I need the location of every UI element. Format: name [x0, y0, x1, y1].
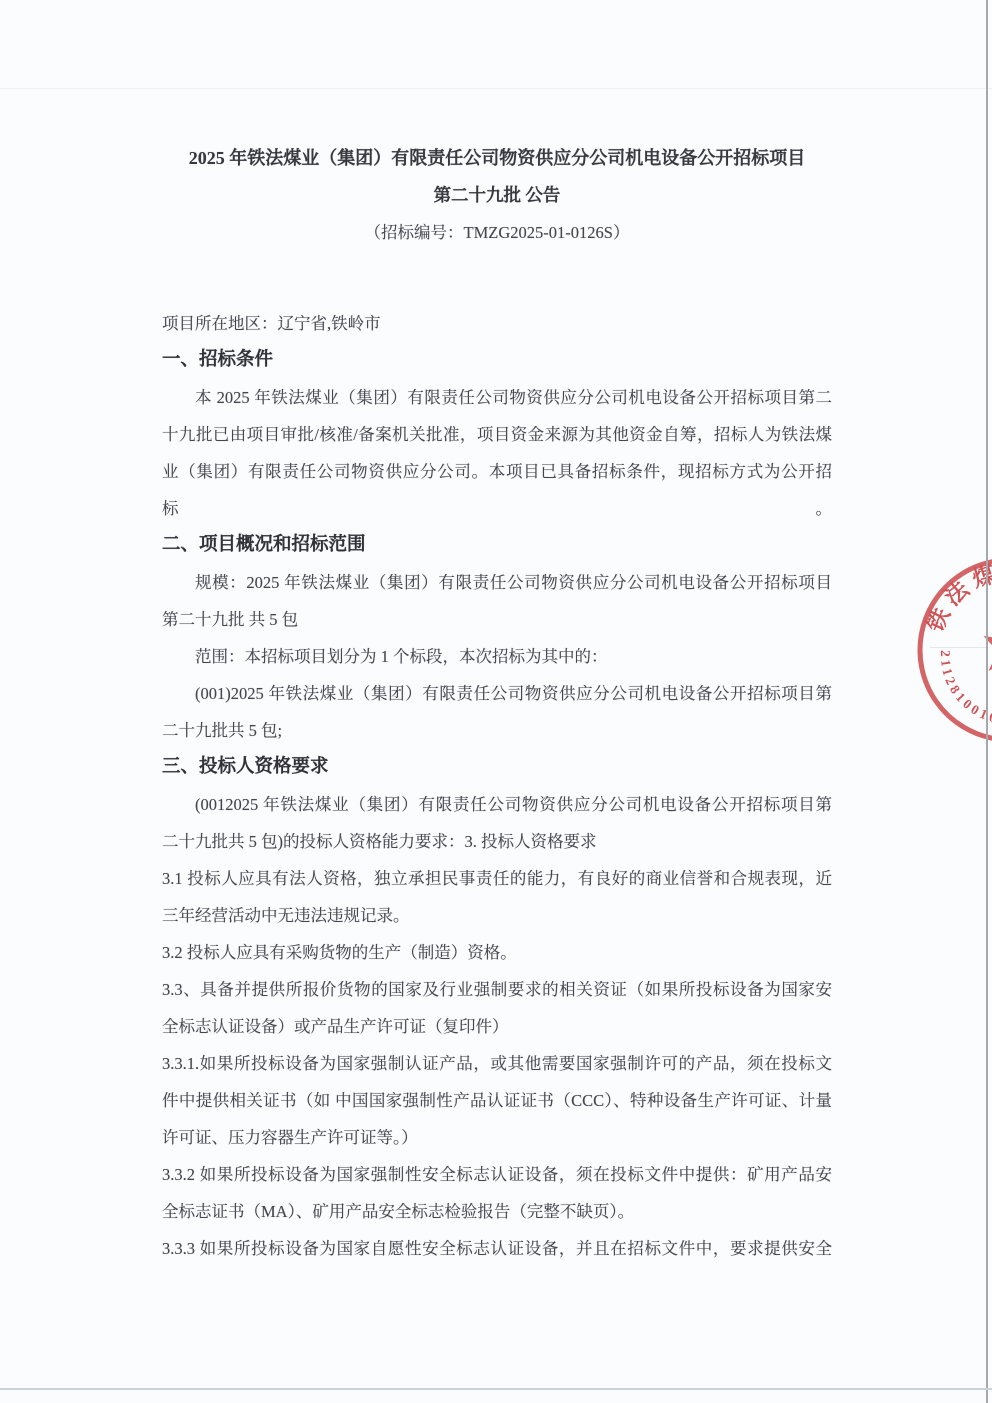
svg-text:21128100100: 21128100100 [927, 648, 992, 728]
doc-line: 3.3.1.如果所投标设备为国家强制认证产品，或其他需要国家强制许可的产品，须在… [162, 1045, 832, 1082]
doc-line: 全标志认证设备）或产品生产许可证（复印件） [162, 1008, 832, 1045]
doc-line: 件中提供相关证书（如 中国国家强制性产品认证证书（CCC）、特种设备生产许可证、… [162, 1082, 832, 1119]
doc-line: 3.2 投标人应具有采购货物的生产（制造）资格。 [162, 934, 832, 971]
doc-line: 许可证、压力容器生产许可证等。） [162, 1119, 832, 1156]
doc-line: 二十九批共 5 包)的投标人资格能力要求：3. 投标人资格要求 [162, 823, 832, 860]
document-body: 2025 年铁法煤业（集团）有限责任公司物资供应分公司机电设备公开招标项目 第二… [162, 140, 832, 1267]
section-heading-bidder-qualifications: 三、投标人资格要求 [162, 749, 832, 786]
doc-line: 业（集团）有限责任公司物资供应分公司。本项目已具备招标条件，现招标方式为公开招标… [162, 453, 832, 527]
seal-serial-number: 21128100100 [927, 648, 992, 728]
doc-line: (0012025 年铁法煤业（集团）有限责任公司物资供应分公司机电设备公开招标项… [162, 786, 832, 823]
company-seal-stamp: 铁法煤业（集 21128100100 [894, 534, 992, 766]
doc-line: 全标志证书（MA）、矿用产品安全标志检验报告（完整不缺页）。 [162, 1193, 832, 1230]
document-title-line1: 2025 年铁法煤业（集团）有限责任公司物资供应分公司机电设备公开招标项目 [162, 140, 832, 177]
tender-number-line: （招标编号：TMZG2025-01-0126S） [162, 214, 832, 251]
title-body-spacer [162, 251, 832, 305]
doc-line: 3.3、具备并提供所报价货物的国家及行业强制要求的相关资证（如果所投标设备为国家… [162, 971, 832, 1008]
document-title-line2: 第二十九批 公告 [162, 177, 832, 214]
scan-fold-line-top [0, 88, 992, 89]
doc-line: 3.3.3 如果所投标设备为国家自愿性安全标志认证设备，并且在招标文件中，要求提… [162, 1230, 832, 1267]
section-heading-project-overview: 二、项目概况和招标范围 [162, 527, 832, 564]
doc-line: 3.1 投标人应具有法人资格，独立承担民事责任的能力，有良好的商业信誉和合规表现… [162, 860, 832, 897]
scanned-document-page: 2025 年铁法煤业（集团）有限责任公司物资供应分公司机电设备公开招标项目 第二… [0, 0, 992, 1403]
doc-line: 第二十九批 共 5 包 [162, 601, 832, 638]
doc-line: 本 2025 年铁法煤业（集团）有限责任公司物资供应分公司机电设备公开招标项目第… [162, 379, 832, 416]
doc-line: 3.3.2 如果所投标设备为国家强制性安全标志认证设备，须在投标文件中提供：矿用… [162, 1156, 832, 1193]
doc-line: (001)2025 年铁法煤业（集团）有限责任公司物资供应分公司机电设备公开招标… [162, 675, 832, 712]
section-heading-bidding-conditions: 一、招标条件 [162, 342, 832, 379]
page-right-edge-line [986, 0, 988, 1403]
page-bottom-edge-line [0, 1388, 992, 1390]
project-location-line: 项目所在地区：辽宁省,铁岭市 [162, 305, 832, 342]
doc-line: 二十九批共 5 包; [162, 712, 832, 749]
seal-star-icon [978, 616, 992, 679]
doc-line: 规模：2025 年铁法煤业（集团）有限责任公司物资供应分公司机电设备公开招标项目 [162, 564, 832, 601]
doc-line: 十九批已由项目审批/核准/备案机关批准，项目资金来源为其他资金自筹，招标人为铁法… [162, 416, 832, 453]
doc-line: 范围：本招标项目划分为 1 个标段，本次招标为其中的： [162, 638, 832, 675]
doc-line: 三年经营活动中无违法违规记录。 [162, 897, 832, 934]
